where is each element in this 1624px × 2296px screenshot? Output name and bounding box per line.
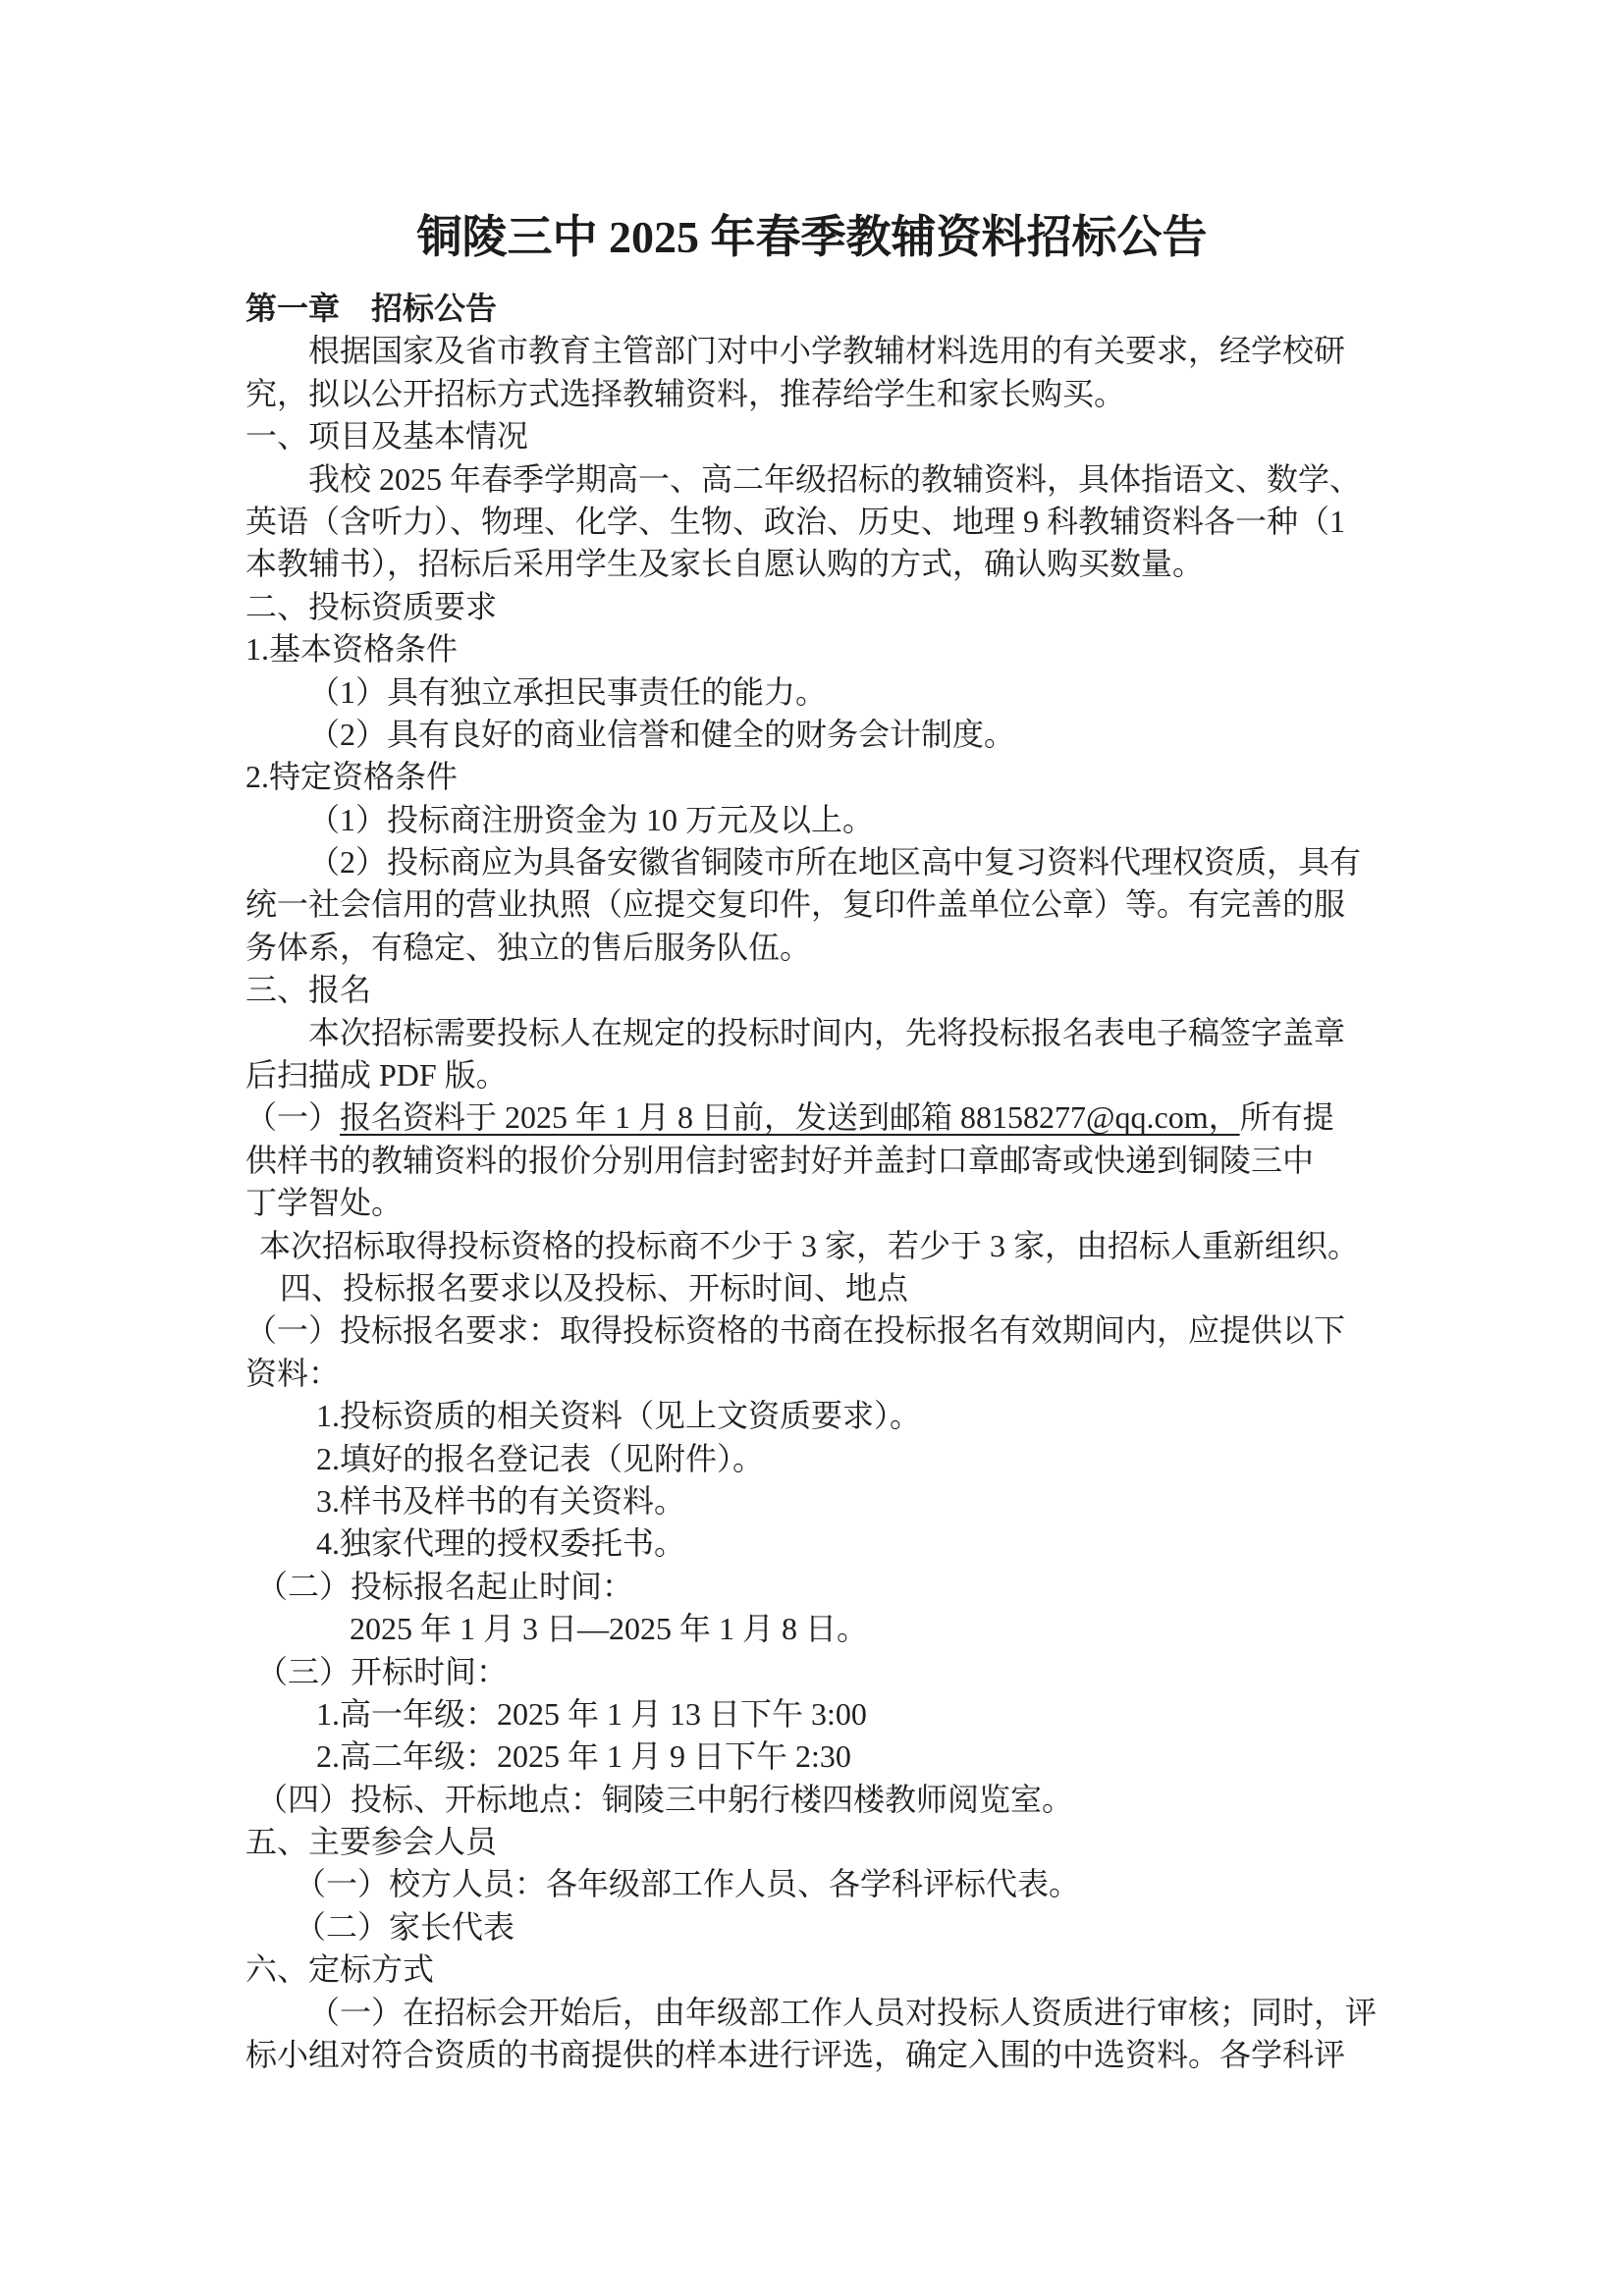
page-title: 铜陵三中 2025 年春季教辅资料招标公告 <box>0 0 1624 267</box>
list-item: 2.高二年级：2025 年 1 月 9 日下午 2:30 <box>245 1735 1384 1778</box>
doc-line: 统一社会信用的营业执照（应提交复印件，复印件盖单位公章）等。有完善的服 <box>245 883 1384 926</box>
doc-line: 2025 年 1 月 3 日—2025 年 1 月 8 日。 <box>245 1608 1384 1650</box>
list-item: 4.独家代理的授权委托书。 <box>245 1522 1384 1565</box>
doc-text: （一） <box>245 1099 340 1135</box>
doc-line: （2）具有良好的商业信誉和健全的财务会计制度。 <box>245 714 1384 756</box>
doc-line: （一）校方人员：各年级部工作人员、各学科评标代表。 <box>245 1863 1384 1905</box>
doc-line: （1）投标商注册资金为 10 万元及以上。 <box>245 799 1384 841</box>
doc-line: 标小组对符合资质的书商提供的样本进行评选，确定入围的中选资料。各学科评 <box>245 2034 1384 2076</box>
list-item: 3.样书及样书的有关资料。 <box>245 1480 1384 1522</box>
registration-deadline-line: （一）报名资料于 2025 年 1 月 8 日前，发送到邮箱 88158277@… <box>245 1096 1384 1139</box>
doc-line: 本次招标取得投标资格的投标商不少于 3 家，若少于 3 家，由招标人重新组织。 <box>245 1225 1384 1267</box>
doc-line: （一）投标报名要求：取得投标资格的书商在投标报名有效期间内，应提供以下 <box>245 1309 1384 1352</box>
doc-line: 2.特定资格条件 <box>245 756 1384 798</box>
doc-line: （一）在招标会开始后，由年级部工作人员对投标人资质进行审核；同时，评 <box>245 1992 1384 2034</box>
doc-line: 丁学智处。 <box>245 1182 1384 1224</box>
list-item: 2.填好的报名登记表（见附件）。 <box>245 1438 1384 1480</box>
doc-line: 1.基本资格条件 <box>245 628 1384 670</box>
doc-line: 英语（含听力）、物理、化学、生物、政治、历史、地理 9 科教辅资料各一种（1 <box>245 501 1384 543</box>
underlined-email-text: 报名资料于 2025 年 1 月 8 日前，发送到邮箱 88158277@qq.… <box>340 1099 1240 1135</box>
document-page: 铜陵三中 2025 年春季教辅资料招标公告 第一章 招标公告 根据国家及省市教育… <box>0 0 1624 2296</box>
section-1-heading: 一、项目及基本情况 <box>245 415 1384 457</box>
doc-line: （三）开标时间： <box>245 1651 1384 1693</box>
chapter-heading: 第一章 招标公告 <box>245 288 1384 330</box>
doc-line: 究，拟以公开招标方式选择教辅资料，推荐给学生和家长购买。 <box>245 373 1384 415</box>
section-6-heading: 六、定标方式 <box>245 1949 1384 1991</box>
section-2-heading: 二、投标资质要求 <box>245 586 1384 628</box>
doc-line: 资料： <box>245 1353 1384 1395</box>
doc-line: （1）具有独立承担民事责任的能力。 <box>245 671 1384 714</box>
doc-line: （二）家长代表 <box>245 1906 1384 1949</box>
section-4-heading: 四、投标报名要求以及投标、开标时间、地点 <box>245 1267 1384 1309</box>
doc-line: 后扫描成 PDF 版。 <box>245 1054 1384 1096</box>
section-5-heading: 五、主要参会人员 <box>245 1821 1384 1863</box>
doc-line: 供样书的教辅资料的报价分别用信封密封好并盖封口章邮寄或快递到铜陵三中 <box>245 1140 1384 1182</box>
doc-line: （二）投标报名起止时间： <box>245 1566 1384 1608</box>
doc-line: （2）投标商应为具备安徽省铜陵市所在地区高中复习资料代理权资质，具有 <box>245 841 1384 883</box>
document-body: 第一章 招标公告 根据国家及省市教育主管部门对中小学教辅材料选用的有关要求，经学… <box>245 288 1384 2076</box>
doc-line: （四）投标、开标地点：铜陵三中躬行楼四楼教师阅览室。 <box>245 1779 1384 1821</box>
doc-text: 所有提 <box>1240 1099 1334 1135</box>
section-3-heading: 三、报名 <box>245 969 1384 1011</box>
doc-line: 本教辅书），招标后采用学生及家长自愿认购的方式，确认购买数量。 <box>245 543 1384 585</box>
doc-line: 务体系，有稳定、独立的售后服务队伍。 <box>245 927 1384 969</box>
doc-line: 本次招标需要投标人在规定的投标时间内，先将投标报名表电子稿签字盖章 <box>245 1012 1384 1054</box>
list-item: 1.高一年级：2025 年 1 月 13 日下午 3:00 <box>245 1693 1384 1735</box>
doc-line: 我校 2025 年春季学期高一、高二年级招标的教辅资料，具体指语文、数学、 <box>245 458 1384 501</box>
list-item: 1.投标资质的相关资料（见上文资质要求）。 <box>245 1395 1384 1437</box>
doc-line: 根据国家及省市教育主管部门对中小学教辅材料选用的有关要求，经学校研 <box>245 330 1384 372</box>
